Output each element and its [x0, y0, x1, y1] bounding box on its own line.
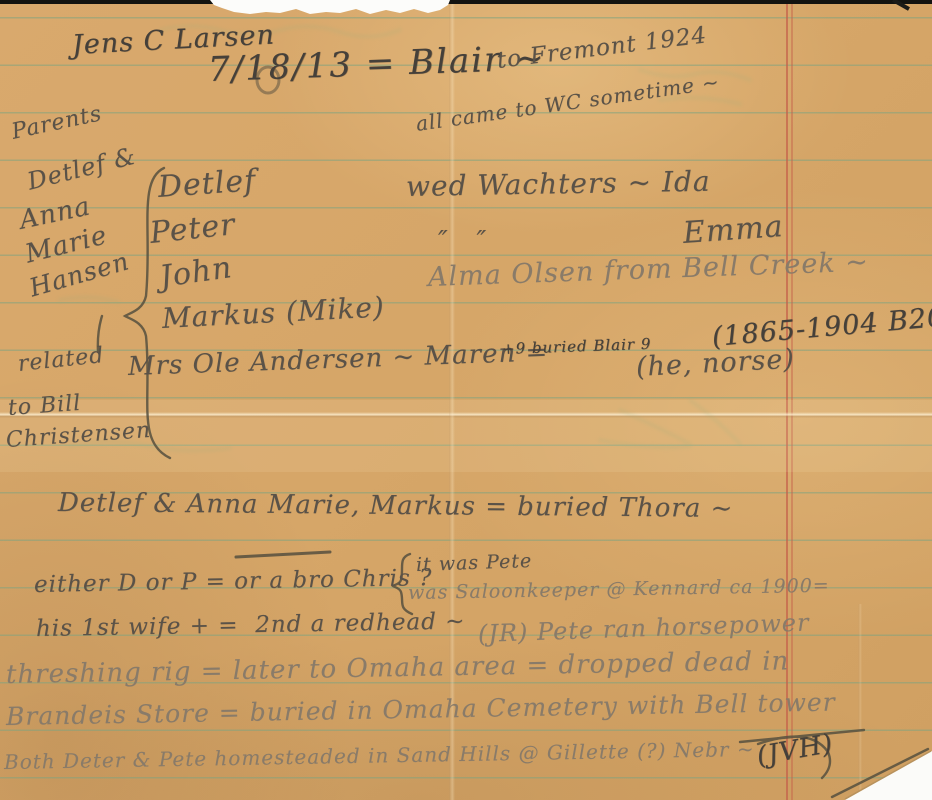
scanned-handwritten-note: Jens C Larsen 7/18/13 = Blair ~ to Fremo… [0, 0, 932, 800]
vertical-crease-lower-right [858, 604, 862, 800]
related-to-bill: to Bill [7, 391, 82, 421]
aside-it-was-pete: it was Pete [416, 550, 533, 576]
child-spouse-detlef: wed Wachters ~ Ida [406, 165, 711, 203]
child-spouse-peter: Emma [682, 209, 785, 251]
horizontal-fold-crease [0, 412, 932, 418]
scan-edge-top-right [446, 0, 932, 4]
ditto-marks: ″ ″ [438, 226, 487, 256]
burial-line: Detlef & Anna Marie, Markus = buried Tho… [58, 488, 734, 524]
child-name-detlef: Detlef [157, 163, 258, 205]
